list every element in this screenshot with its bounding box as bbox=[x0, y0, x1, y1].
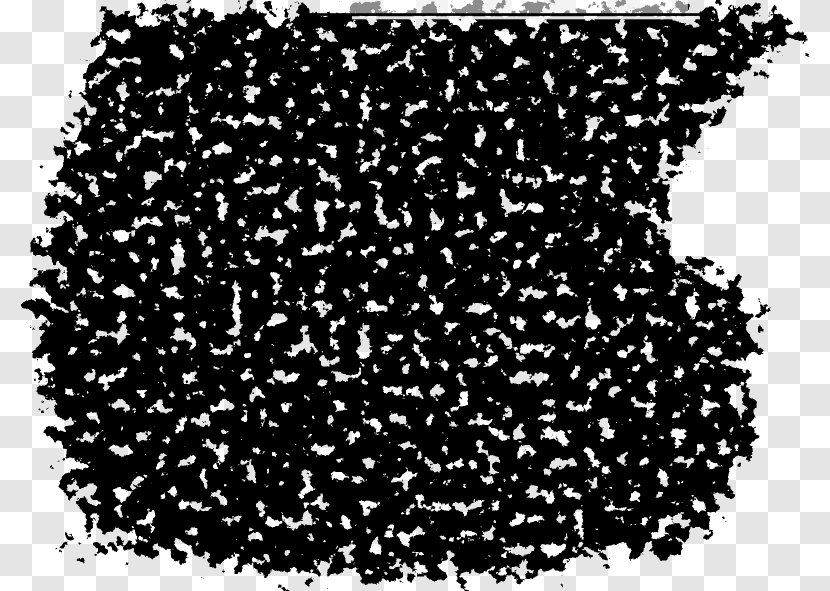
grunge-blob-group bbox=[22, 0, 817, 585]
scratch-light-line bbox=[352, 16, 700, 19]
scratch-dark-line bbox=[306, 13, 708, 16]
texture-blob-shape bbox=[22, 0, 802, 584]
bottom-streak-shape bbox=[227, 575, 463, 585]
scratch-light-band bbox=[348, 0, 688, 14]
image-canvas bbox=[0, 0, 830, 591]
left-splatter-shape bbox=[46, 535, 94, 565]
grunge-texture-image bbox=[0, 0, 830, 591]
topright-splatter-shape bbox=[773, 27, 817, 63]
